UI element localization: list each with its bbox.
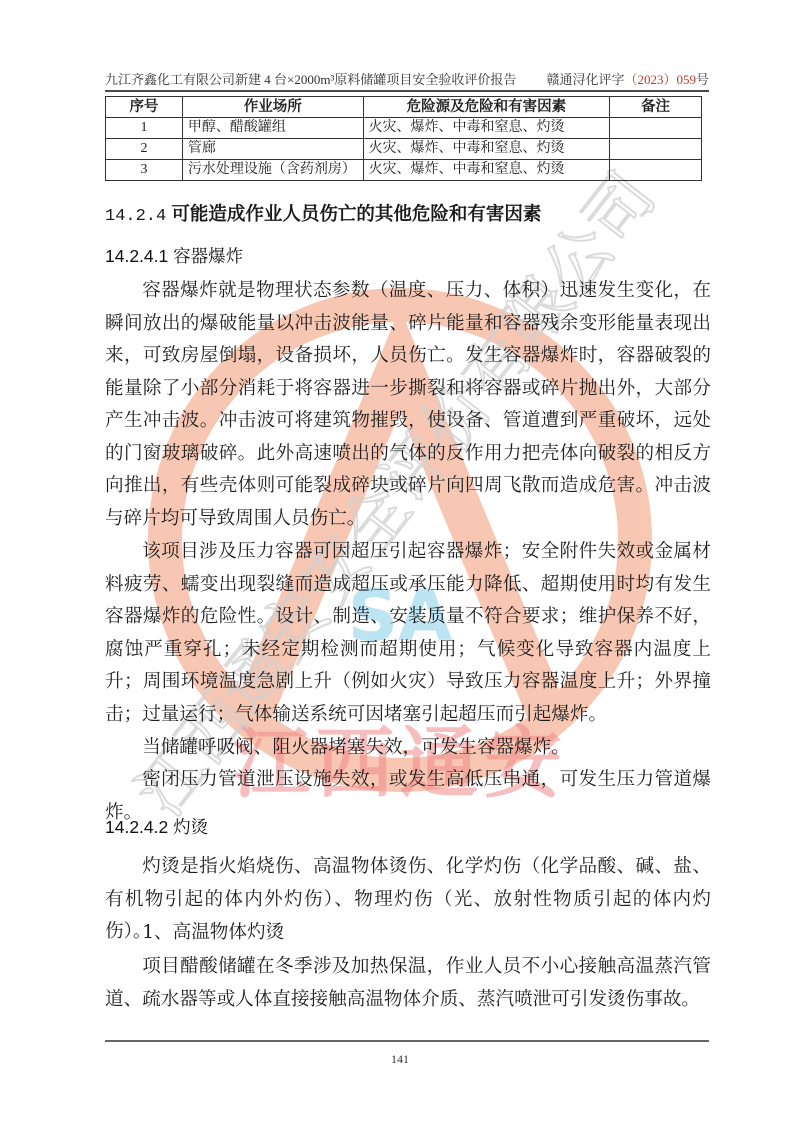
subsection-heading-vessel-explosion: 14.2.4.1 容器爆炸 [105, 243, 243, 268]
report-number-year: （2023）059 [624, 72, 696, 87]
cell-no: 1 [106, 118, 183, 139]
section-title: 可能造成作业人员伤亡的其他危险和有害因素 [171, 203, 541, 224]
paragraph: 项目醋酸储罐在冬季涉及加热保温，作业人员不小心接触高温蒸汽管道、疏水器等或人体直… [105, 951, 711, 1016]
hazard-table: 序号 作业场所 危险源及危险和有害因素 备注 1 甲醇、醋酸罐组 火灾、爆炸、中… [105, 96, 702, 181]
report-number: 赣通浔化评字（2023）059号 [546, 69, 709, 88]
page-number: 141 [0, 1052, 800, 1067]
cell-no: 3 [106, 160, 183, 181]
cell-hazards: 火灾、爆炸、中毒和窒息、灼烫 [363, 160, 610, 181]
table-row: 1 甲醇、醋酸罐组 火灾、爆炸、中毒和窒息、灼烫 [106, 118, 702, 139]
cell-note [610, 160, 702, 181]
column-header-note: 备注 [610, 97, 702, 118]
column-header-place: 作业场所 [182, 97, 363, 118]
list-item-heading: 1、高温物体灼烫 [105, 917, 711, 950]
cell-place: 管廊 [182, 139, 363, 160]
cell-hazards: 火灾、爆炸、中毒和窒息、灼烫 [363, 139, 610, 160]
cell-no: 2 [106, 139, 183, 160]
paragraph: 该项目涉及压力容器可因超压引起容器爆炸；安全附件失效或金属材料疲劳、蠕变出现裂缝… [105, 536, 711, 731]
table-row: 3 污水处理设施（含药剂房） 火灾、爆炸、中毒和窒息、灼烫 [106, 160, 702, 181]
report-number-prefix: 赣通浔化评字 [546, 72, 624, 87]
cell-note [610, 139, 702, 160]
cell-note [610, 118, 702, 139]
paragraph: 当储罐呼吸阀、阻火器堵塞失效，可发生容器爆炸。 [105, 732, 711, 765]
cell-place: 污水处理设施（含药剂房） [182, 160, 363, 181]
table-row: 2 管廊 火灾、爆炸、中毒和窒息、灼烫 [106, 139, 702, 160]
page-header: 九江齐鑫化工有限公司新建 4 台×2000m³原料储罐项目安全验收评价报告 赣通… [105, 66, 709, 92]
cell-hazards: 火灾、爆炸、中毒和窒息、灼烫 [363, 118, 610, 139]
section-number: 14.2.4 [105, 207, 166, 226]
subsection-heading-burns: 14.2.4.2 灼烫 [105, 814, 208, 839]
column-header-no: 序号 [106, 97, 183, 118]
report-title: 九江齐鑫化工有限公司新建 4 台×2000m³原料储罐项目安全验收评价报告 [105, 69, 516, 88]
table-header-row: 序号 作业场所 危险源及危险和有害因素 备注 [106, 97, 702, 118]
paragraph: 容器爆炸就是物理状态参数（温度、压力、体积）迅速发生变化，在瞬间放出的爆破能量以… [105, 275, 711, 535]
column-header-hazards: 危险源及危险和有害因素 [363, 97, 610, 118]
cell-place: 甲醇、醋酸罐组 [182, 118, 363, 139]
report-number-suffix: 号 [696, 72, 709, 87]
footer-divider [105, 1040, 709, 1042]
section-heading: 14.2.4 可能造成作业人员伤亡的其他危险和有害因素 [105, 200, 541, 226]
